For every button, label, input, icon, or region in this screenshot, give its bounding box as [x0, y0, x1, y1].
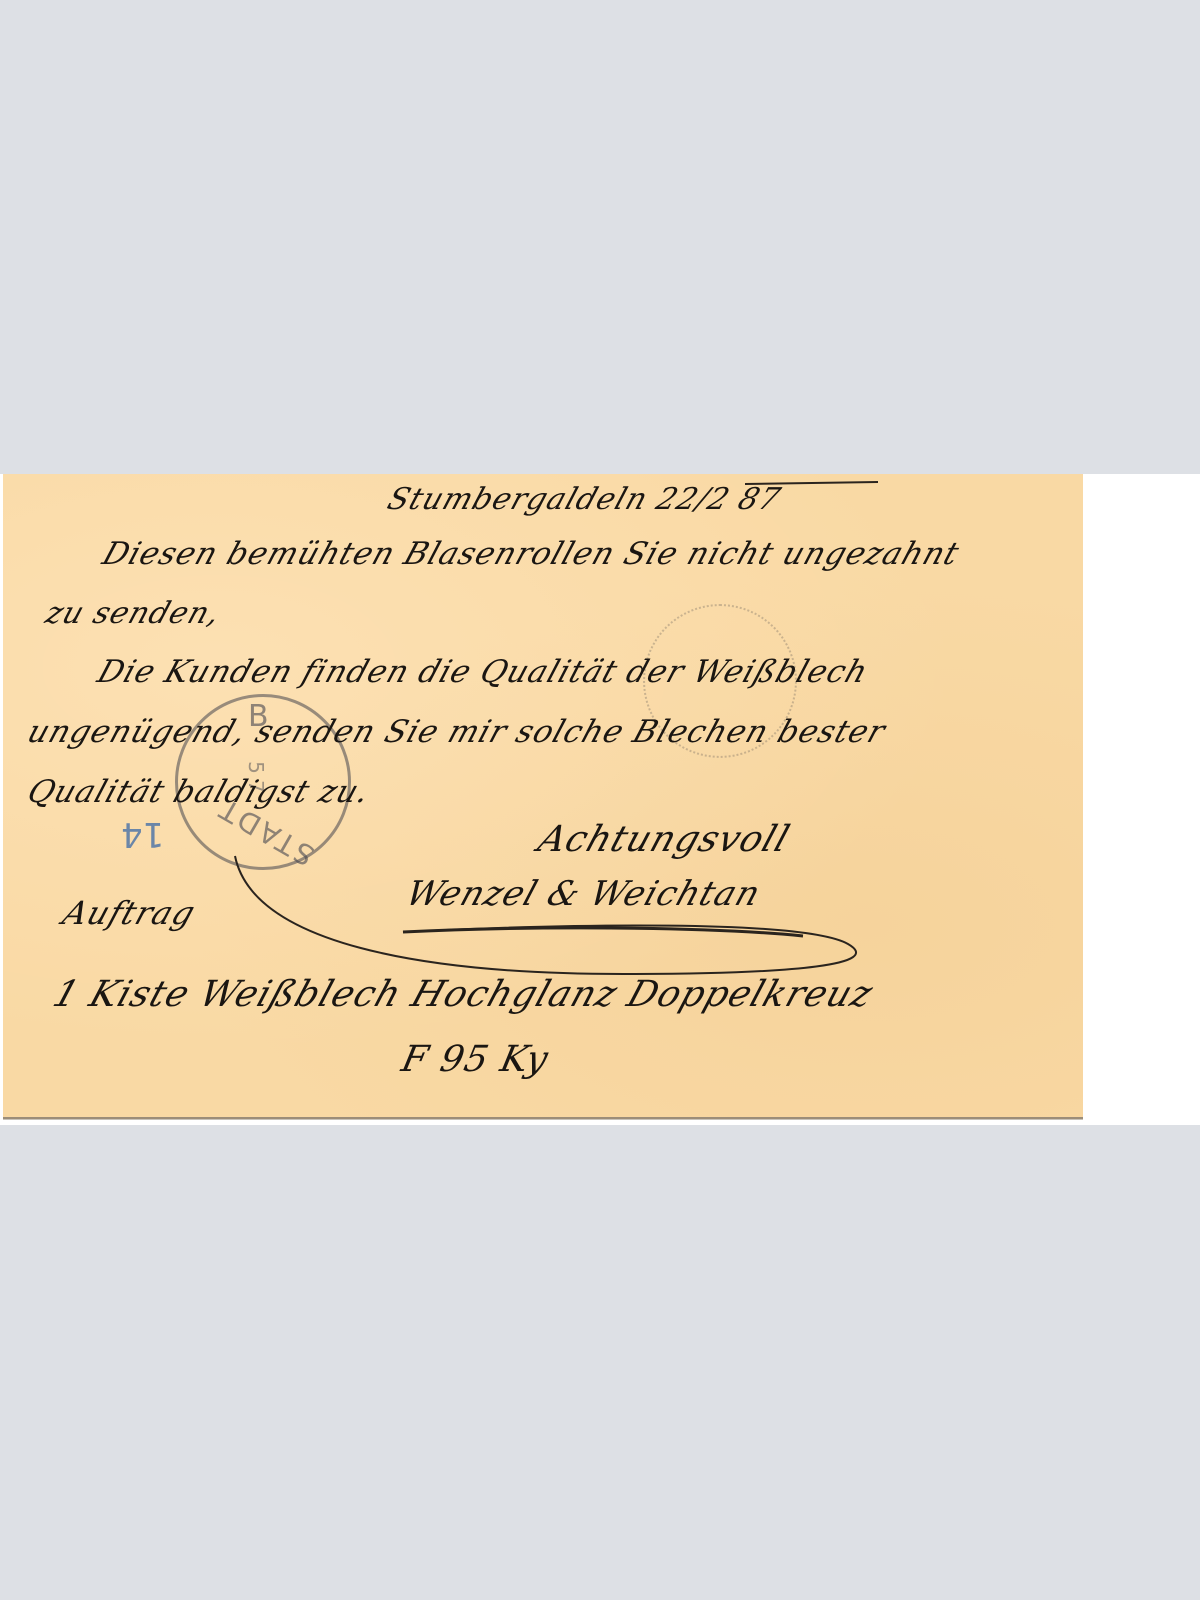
body-line: Qualität baldigst zu.	[23, 774, 375, 810]
postcard: B 5 7 STADT 14 Stumbergaldeln 22/2 87 Di…	[3, 474, 1083, 1119]
body-line: Die Kunden finden die Qualität der Weißb…	[93, 654, 873, 690]
order-code: F 95 Ky	[398, 1039, 552, 1080]
order-label: Auftrag	[58, 894, 201, 932]
place-date-line: Stumbergaldeln 22/2 87	[383, 482, 785, 517]
body-line: ungenügend, senden Sie mir solche Bleche…	[23, 714, 890, 750]
order-line: 1 Kiste Weißblech Hochglanz Doppelkreuz	[48, 974, 878, 1015]
closing-salutation: Achtungsvoll	[533, 819, 795, 860]
blue-pencil-mark: 14	[121, 814, 164, 854]
body-line: zu senden,	[41, 596, 225, 631]
scanned-image: B 5 7 STADT 14 Stumbergaldeln 22/2 87 Di…	[0, 474, 1200, 1125]
body-line: Diesen bemühten Blasenrollen Sie nicht u…	[98, 536, 964, 572]
signature: Wenzel & Weichtan	[401, 874, 766, 914]
